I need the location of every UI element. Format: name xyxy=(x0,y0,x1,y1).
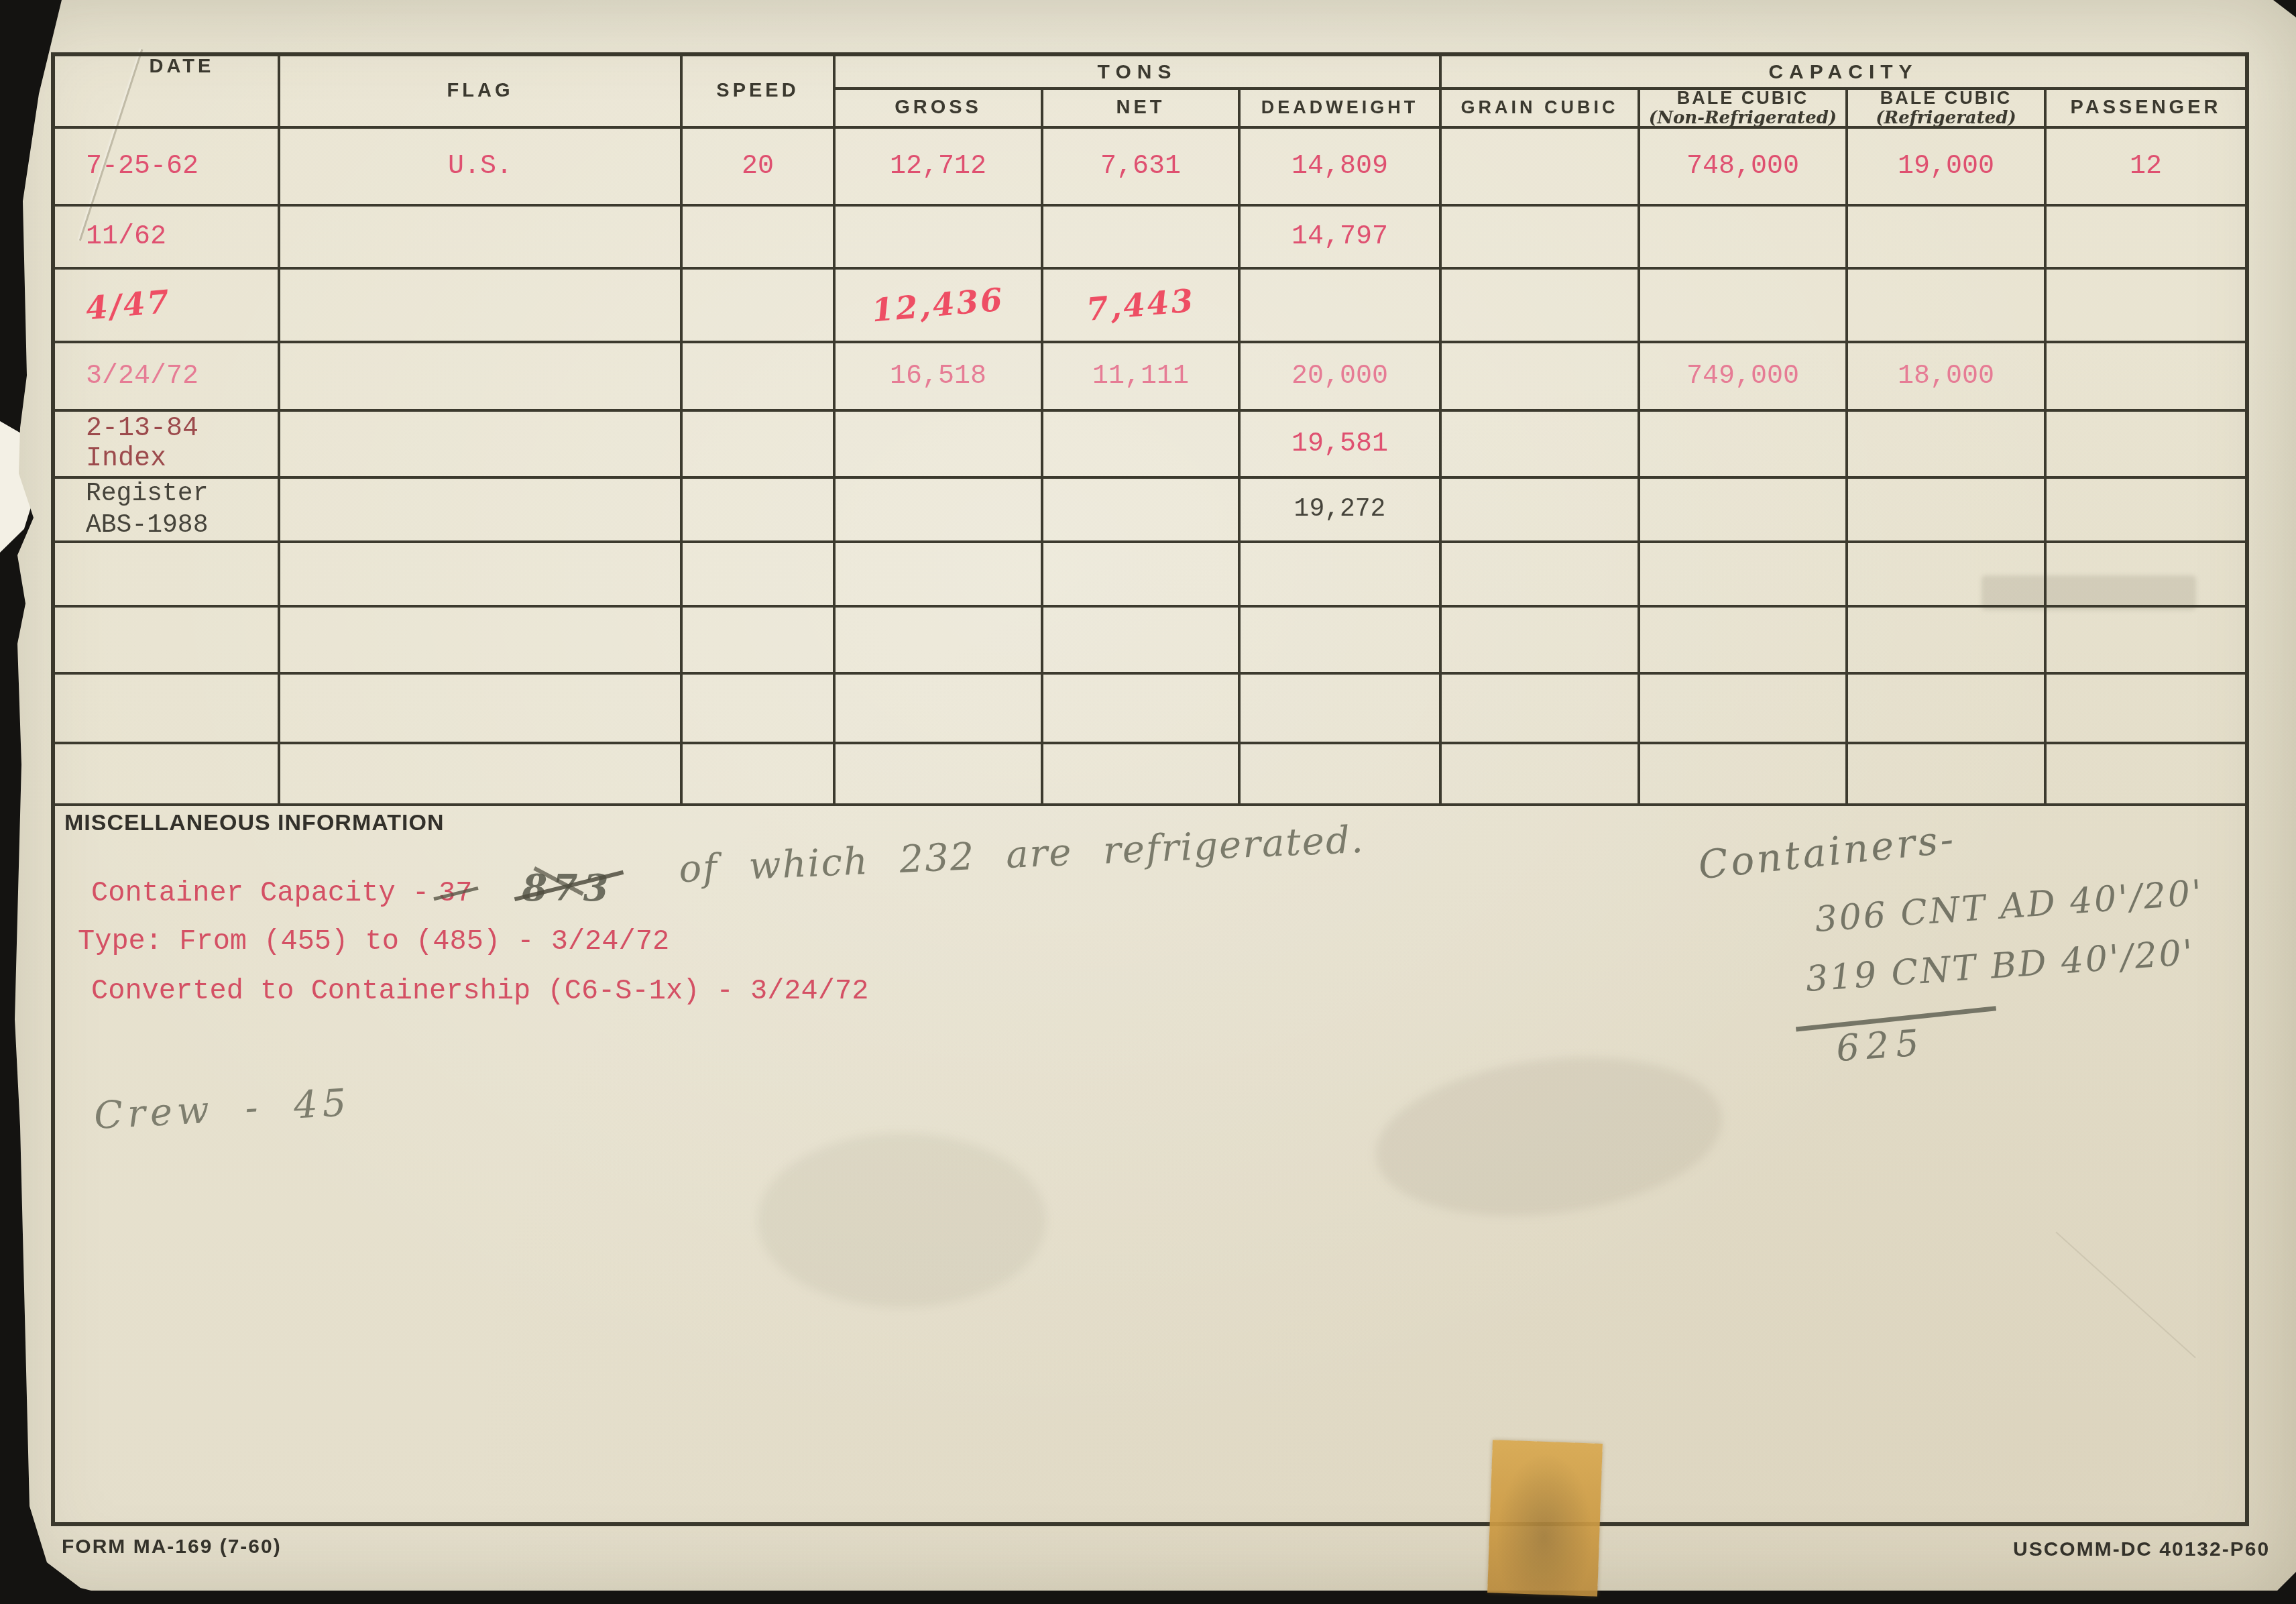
print-code: USCOMM-DC 40132-P60 xyxy=(2013,1538,2270,1561)
cell-bale_r-row4: 18,000 xyxy=(1848,343,2047,412)
cell-value: 16,518 xyxy=(890,361,986,392)
containers-heading: Containers- xyxy=(1696,815,1958,888)
cell-passenger-row9 xyxy=(2047,675,2245,744)
cell-date-row5: 2-13-84 Index xyxy=(55,412,280,479)
registry-table: DATE FLAG SPEED TONS CAPACITY GROSS NET … xyxy=(55,56,2245,806)
scanned-form-page: DATE FLAG SPEED TONS CAPACITY GROSS NET … xyxy=(0,0,2296,1604)
bale-ref-line2: (Refrigerated) xyxy=(1876,109,2016,128)
cell-date-row3: 4/47 xyxy=(55,270,280,343)
cell-value: 12 xyxy=(2130,152,2162,182)
cell-deadweight-row10 xyxy=(1241,744,1442,806)
cell-flag-row8 xyxy=(280,608,683,675)
cell-speed-row6 xyxy=(683,479,836,543)
cell-deadweight-row3 xyxy=(1241,270,1442,343)
cell-net-row6 xyxy=(1043,479,1241,543)
cell-net-row4: 11,111 xyxy=(1043,343,1241,412)
cell-gross-row2 xyxy=(836,207,1043,270)
cell-deadweight-row7 xyxy=(1241,543,1442,608)
cell-date-row9 xyxy=(55,675,280,744)
group-header-tons: TONS xyxy=(836,56,1442,90)
cell-value: U.S. xyxy=(448,152,512,182)
cell-flag-row7 xyxy=(280,543,683,608)
cell-bale_nr-row5 xyxy=(1640,412,1848,479)
adhesive-tape xyxy=(1487,1440,1603,1597)
col-header-flag: FLAG xyxy=(280,56,683,129)
cell-gross-row5 xyxy=(836,412,1043,479)
containers-line-1: 306 CNT AD 40'/20' xyxy=(1814,873,2205,940)
cell-value: 18,000 xyxy=(1898,361,1994,392)
cell-bale_nr-row7 xyxy=(1640,543,1848,608)
cell-bale_nr-row9 xyxy=(1640,675,1848,744)
cell-grain-row6 xyxy=(1442,479,1640,543)
cell-passenger-row10 xyxy=(2047,744,2245,806)
cell-flag-row4 xyxy=(280,343,683,412)
bale-nonref-line2: (Non-Refrigerated) xyxy=(1649,109,1837,128)
cell-gross-row9 xyxy=(836,675,1043,744)
form-number: FORM MA-169 (7-60) xyxy=(62,1536,282,1558)
cell-value: 20,000 xyxy=(1291,361,1388,392)
cell-net-row9 xyxy=(1043,675,1241,744)
cell-value: 11,111 xyxy=(1092,361,1189,392)
cell-date-row8 xyxy=(55,608,280,675)
container-capacity-old-value: 37 xyxy=(439,877,472,909)
cell-grain-row1 xyxy=(1442,129,1640,207)
refrigerated-containers-note: of which 232 are refrigerated. xyxy=(678,818,1365,892)
cell-passenger-row2 xyxy=(2047,207,2245,270)
col-header-net: NET xyxy=(1043,90,1241,129)
cell-speed-row9 xyxy=(683,675,836,744)
cell-speed-row8 xyxy=(683,608,836,675)
cell-passenger-row4 xyxy=(2047,343,2245,412)
cell-deadweight-row5: 19,581 xyxy=(1241,412,1442,479)
misc-section-title: MISCELLANEOUS INFORMATION xyxy=(64,810,444,836)
cell-gross-row1: 12,712 xyxy=(836,129,1043,207)
type-change-line: Type: From (455) to (485) - 3/24/72 xyxy=(78,925,669,958)
cell-date-row4: 3/24/72 xyxy=(55,343,280,412)
cell-deadweight-row6: 19,272 xyxy=(1241,479,1442,543)
cell-value: 4/47 xyxy=(84,283,173,327)
containers-total: 625 xyxy=(1835,1021,1927,1070)
cell-grain-row8 xyxy=(1442,608,1640,675)
cell-gross-row3: 12,436 xyxy=(836,270,1043,343)
container-capacity-label: Container Capacity - xyxy=(91,877,429,909)
col-header-bale-nonref: BALE CUBIC (Non-Refrigerated) xyxy=(1640,90,1848,129)
container-capacity-old-value-2: 873 xyxy=(522,866,614,909)
cell-deadweight-row9 xyxy=(1241,675,1442,744)
cell-flag-row6 xyxy=(280,479,683,543)
cell-speed-row2 xyxy=(683,207,836,270)
cell-bale_nr-row1: 748,000 xyxy=(1640,129,1848,207)
cell-bale_r-row10 xyxy=(1848,744,2047,806)
col-header-speed: SPEED xyxy=(683,56,836,129)
cell-grain-row7 xyxy=(1442,543,1640,608)
cell-gross-row10 xyxy=(836,744,1043,806)
cell-gross-row8 xyxy=(836,608,1043,675)
form-card: DATE FLAG SPEED TONS CAPACITY GROSS NET … xyxy=(51,52,2249,1526)
cell-speed-row4 xyxy=(683,343,836,412)
cell-date-row7 xyxy=(55,543,280,608)
cell-bale_nr-row4: 749,000 xyxy=(1640,343,1848,412)
cell-value: 748,000 xyxy=(1686,152,1799,182)
cell-grain-row5 xyxy=(1442,412,1640,479)
cell-bale_r-row2 xyxy=(1848,207,2047,270)
cell-gross-row4: 16,518 xyxy=(836,343,1043,412)
cell-passenger-row5 xyxy=(2047,412,2245,479)
cell-bale_nr-row8 xyxy=(1640,608,1848,675)
cell-deadweight-row1: 14,809 xyxy=(1241,129,1442,207)
cell-bale_r-row9 xyxy=(1848,675,2047,744)
cell-gross-row6 xyxy=(836,479,1043,543)
cell-value: 2-13-84 Index xyxy=(86,414,278,474)
converted-line: Converted to Containership (C6-S-1x) - 3… xyxy=(91,975,868,1007)
cell-bale_nr-row3 xyxy=(1640,270,1848,343)
cell-net-row2 xyxy=(1043,207,1241,270)
cell-date-row10 xyxy=(55,744,280,806)
crew-note: Crew - 45 xyxy=(93,1081,352,1138)
cell-flag-row5 xyxy=(280,412,683,479)
cell-net-row8 xyxy=(1043,608,1241,675)
cell-flag-row1: U.S. xyxy=(280,129,683,207)
col-header-passenger: PASSENGER xyxy=(2047,90,2245,129)
container-capacity-line: Container Capacity -37873 xyxy=(91,866,614,909)
cell-bale_r-row8 xyxy=(1848,608,2047,675)
cell-net-row3: 7,443 xyxy=(1043,270,1241,343)
cell-flag-row9 xyxy=(280,675,683,744)
cell-value: 3/24/72 xyxy=(86,361,198,392)
cell-deadweight-row4: 20,000 xyxy=(1241,343,1442,412)
cell-value: 12,436 xyxy=(870,281,1006,329)
cell-speed-row1: 20 xyxy=(683,129,836,207)
containers-line-2: 319 CNT BD 40'/20' xyxy=(1804,933,2196,1000)
cell-grain-row10 xyxy=(1442,744,1640,806)
cell-passenger-row3 xyxy=(2047,270,2245,343)
cell-grain-row2 xyxy=(1442,207,1640,270)
cell-value: 14,797 xyxy=(1291,222,1388,252)
cell-bale_r-row6 xyxy=(1848,479,2047,543)
cell-net-row5 xyxy=(1043,412,1241,479)
bale-nonref-line1: BALE CUBIC xyxy=(1677,90,1809,109)
cell-value: 19,272 xyxy=(1294,494,1386,526)
cell-grain-row9 xyxy=(1442,675,1640,744)
cell-value: 19,000 xyxy=(1898,152,1994,182)
cell-date-row1: 7-25-62 xyxy=(55,129,280,207)
miscellaneous-section: MISCELLANEOUS INFORMATION Container Capa… xyxy=(55,806,2245,1522)
cell-passenger-row8 xyxy=(2047,608,2245,675)
col-header-deadweight: DEADWEIGHT xyxy=(1241,90,1442,129)
cell-passenger-row6 xyxy=(2047,479,2245,543)
col-header-gross: GROSS xyxy=(836,90,1043,129)
cell-value: 12,712 xyxy=(890,152,986,182)
group-header-capacity: CAPACITY xyxy=(1442,56,2245,90)
cell-value: 7-25-62 xyxy=(86,152,198,182)
col-header-grain-cubic: GRAIN CUBIC xyxy=(1442,90,1640,129)
cell-speed-row5 xyxy=(683,412,836,479)
cell-passenger-row1: 12 xyxy=(2047,129,2245,207)
cell-flag-row2 xyxy=(280,207,683,270)
cell-deadweight-row8 xyxy=(1241,608,1442,675)
cell-bale_r-row1: 19,000 xyxy=(1848,129,2047,207)
bale-ref-line1: BALE CUBIC xyxy=(1880,90,2012,109)
cell-value: 7,631 xyxy=(1100,152,1181,182)
col-header-bale-ref: BALE CUBIC (Refrigerated) xyxy=(1848,90,2047,129)
cell-value: 11/62 xyxy=(86,222,166,252)
cell-bale_r-row5 xyxy=(1848,412,2047,479)
cell-bale_nr-row2 xyxy=(1640,207,1848,270)
cell-bale_nr-row6 xyxy=(1640,479,1848,543)
col-header-date: DATE xyxy=(55,56,280,129)
cell-passenger-row7 xyxy=(2047,543,2245,608)
cell-grain-row4 xyxy=(1442,343,1640,412)
cell-bale_r-row7 xyxy=(1848,543,2047,608)
cell-value: 749,000 xyxy=(1686,361,1799,392)
cell-date-row2: 11/62 xyxy=(55,207,280,270)
cell-speed-row3 xyxy=(683,270,836,343)
cell-net-row10 xyxy=(1043,744,1241,806)
cell-value: 7,443 xyxy=(1085,282,1196,329)
cell-value: Register ABS-1988 xyxy=(86,479,208,542)
cell-date-row6: Register ABS-1988 xyxy=(55,479,280,543)
cell-bale_nr-row10 xyxy=(1640,744,1848,806)
cell-grain-row3 xyxy=(1442,270,1640,343)
cell-speed-row10 xyxy=(683,744,836,806)
cell-gross-row7 xyxy=(836,543,1043,608)
cell-deadweight-row2: 14,797 xyxy=(1241,207,1442,270)
cell-net-row1: 7,631 xyxy=(1043,129,1241,207)
cell-value: 14,809 xyxy=(1291,152,1388,182)
cell-flag-row10 xyxy=(280,744,683,806)
cell-net-row7 xyxy=(1043,543,1241,608)
cell-value: 20 xyxy=(742,152,774,182)
cell-bale_r-row3 xyxy=(1848,270,2047,343)
cell-speed-row7 xyxy=(683,543,836,608)
cell-flag-row3 xyxy=(280,270,683,343)
cell-value: 19,581 xyxy=(1291,429,1388,459)
